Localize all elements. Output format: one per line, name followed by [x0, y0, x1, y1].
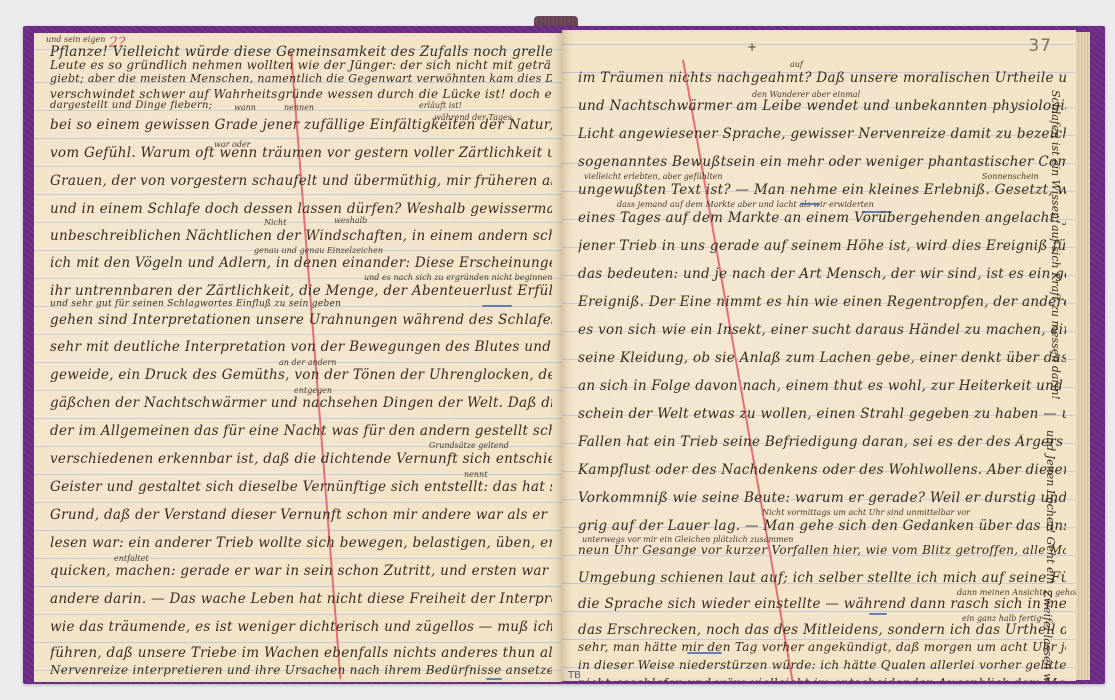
left-page: 2? und sein eigen Pflanze! Vielleicht wü… — [34, 33, 562, 682]
page-number: 37 — [1028, 36, 1052, 56]
text-line: nicht geschlafen und wäre vielleicht im … — [578, 676, 1066, 681]
text-line: ihr untrennbaren der Zärtlichkeit, die M… — [50, 283, 552, 299]
vertical-margin-note: Schlafen ist ein Wissen! — [1049, 90, 1062, 224]
interlinear-note: dass jemand auf dem Markte aber und lach… — [617, 200, 874, 209]
page-edges — [1076, 32, 1090, 680]
interlinear-note: Grundsätze geltend — [429, 441, 509, 450]
text-line: seine Kleidung, ob sie Anlaß zum Lachen … — [578, 350, 1066, 366]
text-line: ungewußten Text ist? — Man nehme ein kle… — [578, 182, 1066, 198]
interlinear-note: Nicht vormittags um acht Uhr sind unmitt… — [762, 508, 970, 517]
text-line: wie das träumende, es ist weniger dichte… — [50, 619, 552, 635]
text-line: giebt; aber die meisten Menschen, nament… — [50, 72, 552, 85]
vertical-margin-note: Zweifel lassen wir — [1041, 590, 1054, 681]
blue-mark — [486, 678, 502, 680]
interlinear-note: und es nach sich zu ergründen nicht begi… — [364, 273, 552, 282]
interlinear-note: Nicht — [264, 218, 286, 227]
text-line: das bedeuten: und je nach der Art Mensch… — [578, 266, 1066, 282]
text-line: verschiedenen erkennbar ist, daß die dic… — [50, 451, 552, 467]
right-page: 37 + auf im Träumen nichts nachgeahmt? D… — [562, 30, 1076, 681]
interlinear-note: auf — [790, 60, 803, 69]
text-line: quicken, machen: gerade er war in sein s… — [50, 563, 552, 579]
text-line: bei so einem gewissen Grade jener zufäll… — [50, 117, 552, 133]
text-line: lesen war: ein anderer Trieb wollte sich… — [50, 535, 552, 551]
blue-underline — [869, 613, 887, 615]
text-line: im Träumen nichts nachgeahmt? Daß unsere… — [578, 70, 1066, 86]
interlinear-note: entgegen — [294, 386, 332, 395]
text-line: Vorkommniß wie seine Beute: warum er ger… — [578, 490, 1066, 506]
text-line: Geister und gestaltet sich dieselbe Vern… — [50, 479, 552, 495]
text-line: eines Tages auf dem Markte an einem Vorü… — [578, 210, 1066, 226]
text-line: neun Uhr Gesange vor kurzer Vorfallen hi… — [578, 543, 1066, 557]
text-line: sehr, man hätte mir den Tag vorher angek… — [578, 640, 1066, 654]
text-line: es von sich wie ein Insekt, einer sucht … — [578, 322, 1066, 338]
text-line: und Nachtschwärmer am Leibe wendet und u… — [578, 98, 1066, 114]
text-line: an sich in Folge davon nach, einem thut … — [578, 378, 1066, 394]
interlinear-note: entfaltet — [114, 554, 149, 563]
text-line: dargestellt und Dinge fiebern; — [50, 100, 552, 111]
text-line: gehen sind Interpretationen unsere Urahn… — [50, 312, 552, 328]
text-line: Kampflust oder des Nachdenkens oder des … — [578, 462, 1066, 478]
text-line: Licht angewiesener Sprache, gewisser Ner… — [578, 126, 1066, 142]
top-mark: + — [747, 40, 757, 54]
text-line: führen, daß unsere Triebe im Wachen eben… — [50, 645, 552, 661]
text-line: und sehr gut für seinen Schlagwortes Ein… — [50, 299, 552, 309]
interlinear-note: genau und genau Einzelzeichen — [254, 246, 383, 255]
text-line: vom Gefühl. Warum oft wenn träumen vor g… — [50, 145, 552, 161]
vertical-margin-note: und Jenen Löcher! Geht ein — [1044, 430, 1057, 584]
vertical-margin-note: auf sich Kraft zu messen darin! — [1049, 225, 1062, 400]
text-line: sehr mit deutliche Interpretation von de… — [50, 339, 552, 355]
text-line: in dieser Weise niederstürzen würde: ich… — [578, 658, 1066, 672]
text-line: das Erschrecken, noch das des Mitleidens… — [578, 622, 1066, 638]
text-line: Fallen hat ein Trieb seine Befriedigung … — [578, 434, 1066, 450]
top-note: und sein eigen — [46, 35, 105, 44]
text-line: andere darin. — Das wache Leben hat nich… — [50, 591, 552, 607]
text-line: Ereigniß. Der Eine nimmt es hin wie eine… — [578, 294, 1066, 310]
text-line: verschwindet schwer auf Wahrheitsgründe … — [50, 87, 552, 101]
text-line: grig auf der Lauer lag. — Man gehe sich … — [578, 518, 1066, 534]
blue-underline — [800, 203, 820, 205]
text-line: der im Allgemeinen das für eine Nacht wa… — [50, 423, 552, 439]
archive-stamp: TB — [568, 670, 581, 681]
text-line: Grauen, der von vorgestern schaufelt und… — [50, 173, 552, 189]
interlinear-note: an der andern — [279, 358, 336, 367]
text-line: Grund, daß der Verstand dieser Vernunft … — [50, 507, 552, 523]
text-line: die Sprache sich wieder einstellte — wäh… — [578, 596, 1066, 612]
text-line: und in einem Schlafe doch dessen lassen … — [50, 201, 552, 217]
text-line: Nervenreize interpretieren und ihre Ursa… — [50, 663, 552, 677]
text-line: geweide, ein Druck des Gemüths, von der … — [50, 367, 552, 383]
text-line: Umgebung schienen laut auf; ich selber s… — [578, 570, 1066, 586]
interlinear-note: vielleicht erlebten, aber gefühlten — [584, 172, 723, 181]
interlinear-note: Sonnenschein — [982, 172, 1039, 181]
text-line: gäßchen der Nachtschwärmer und nachsehen… — [50, 395, 552, 411]
text-line: Leute es so gründlich nehmen wollten wie… — [50, 58, 552, 72]
text-line: unbeschreiblichen Nächtlichen der Windsc… — [50, 228, 552, 244]
text-line: sogenanntes Bewußtsein ein mehr oder wen… — [578, 154, 1066, 170]
margin-line — [682, 60, 795, 681]
text-line: jener Trieb in uns gerade auf seinem Höh… — [578, 238, 1066, 254]
text-line: ich mit den Vögeln und Adlern, in denen … — [50, 255, 552, 271]
text-line: schein der Welt etwas zu wollen, einen S… — [578, 406, 1066, 422]
interlinear-note: nennt — [464, 470, 487, 479]
interlinear-note: weshalb — [334, 216, 367, 225]
